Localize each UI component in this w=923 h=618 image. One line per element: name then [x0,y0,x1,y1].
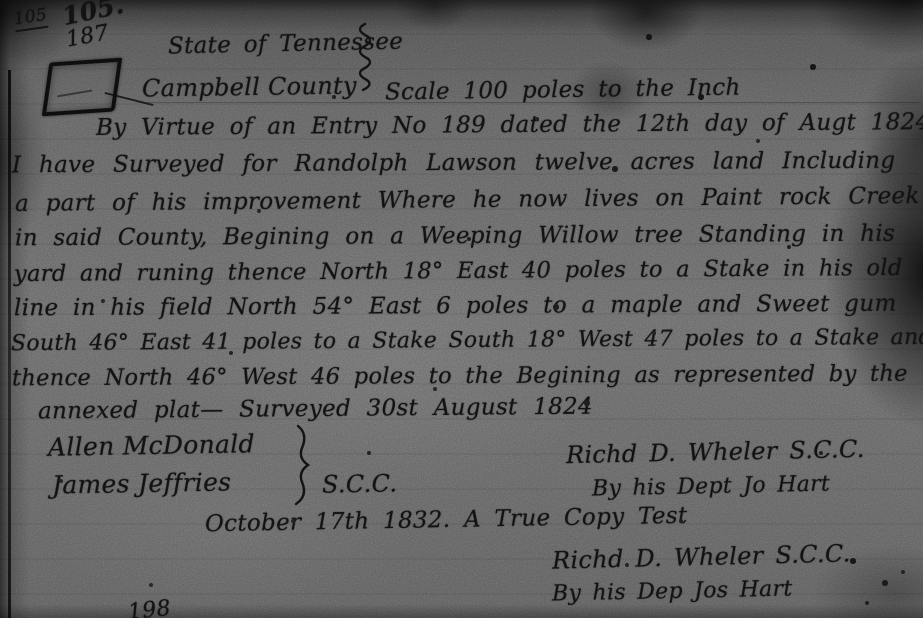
scale-line: Scale 100 poles to the Inch [385,75,741,106]
body-line-5: yard and runing thence North 18° East 40… [14,255,903,287]
body-line-3: a part of his improvement Where he now l… [15,183,920,217]
certification-line: October 17th 1832. A True Copy Test [205,503,688,537]
witness-1-signature: Allen McDonald [48,429,255,462]
body-line-2: I have Surveyed for Randolph Lawson twel… [12,148,896,179]
ruled-line-under-county [140,102,920,103]
county-line: Campbell County [142,72,357,103]
deputy-signature-1: By his Dept Jo Hart [592,472,831,502]
plat-sketch-scribble [57,80,92,98]
page-number-bottom: 198 [127,596,172,618]
body-line-7: South 46° East 41 poles to a Stake South… [11,325,923,356]
surveyor-signature-1: Richd D. Wheler S.C.C. [566,435,865,469]
body-line-6: line in his field North 54° East 6 poles… [14,291,897,322]
body-line-4: in said County, Begining on a Weeping Wi… [15,221,895,252]
dust-speckles [0,0,2,2]
surveyor-signature-2: Richd D. Wheler S.C.C. [552,539,851,574]
witness-2-signature: James Jeffries [52,467,232,499]
body-line-1: By Virtue of an Entry No 189 dated the 1… [96,109,923,141]
body-line-9: annexed plat— Surveyed 30st August 1824 [38,394,593,425]
witness-office-label: S.C.C. [322,469,398,498]
deputy-signature-2: By his Dep Jos Hart [552,576,793,606]
scanned-survey-document-page: 105 105. 187 State of Tennessee Campbell… [0,0,923,618]
body-line-8: thence North 46° West 46 poles to the Be… [12,361,908,392]
page-number-small: 105 [13,5,49,32]
plat-sketch [42,58,123,117]
witness-brace-icon [292,426,314,504]
